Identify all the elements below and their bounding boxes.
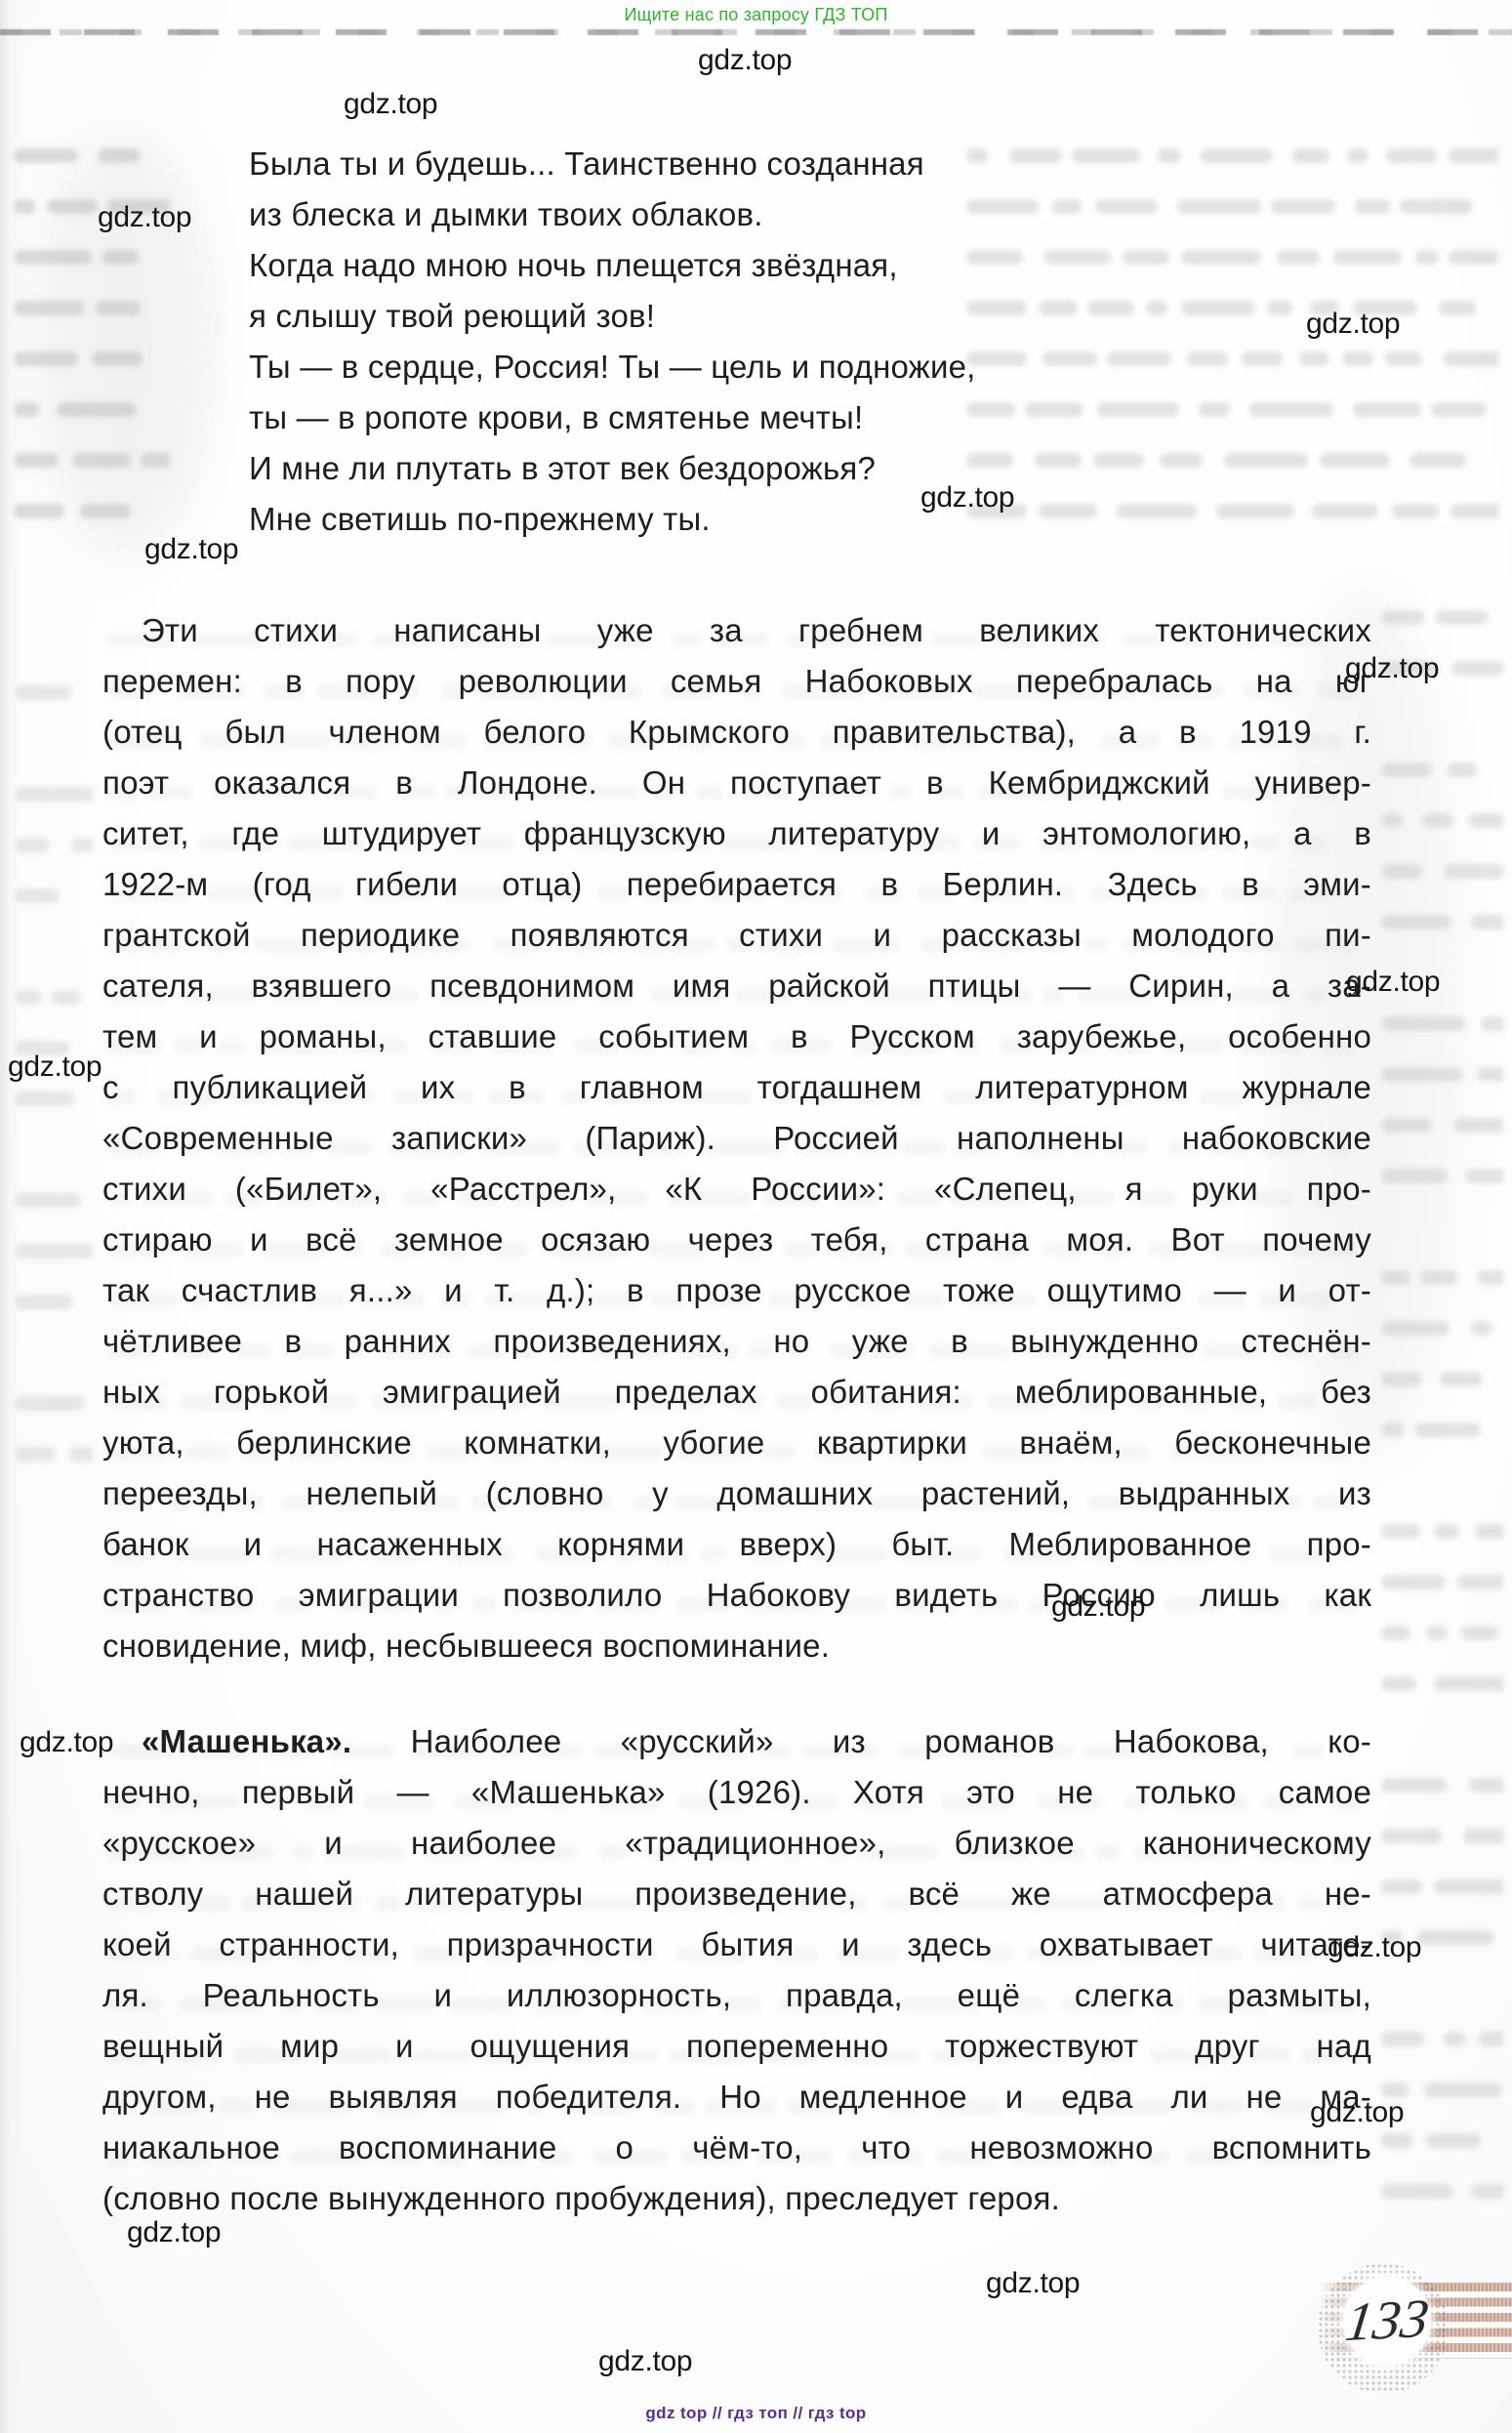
body-line: перемен: в пору революции семья Набоковы…	[102, 656, 1371, 707]
bleed-row	[1381, 1879, 1503, 1896]
body-line: Эти стихи написаны уже за гребнем велики…	[102, 605, 1371, 656]
bleed-row	[15, 685, 93, 702]
poem-line: я слышу твой реющий зов!	[249, 291, 1323, 342]
bleed-row	[1381, 1676, 1503, 1693]
paragraph-mashenka: «Машенька». Наиболее «русский» из романо…	[102, 1716, 1371, 2224]
bleed-row	[1381, 1829, 1503, 1845]
body-line: (словно после вынужденного пробуждения),…	[102, 2173, 1371, 2224]
bleed-row	[1381, 661, 1503, 678]
bleed-row	[1381, 1270, 1503, 1287]
bleed-row	[1381, 1575, 1503, 1591]
bleed-row	[15, 888, 93, 905]
body-line: переезды, нелепый (словно у домашних рас…	[102, 1468, 1371, 1519]
body-line: так счастлив я...» и т. д.); в прозе рус…	[102, 1265, 1371, 1316]
bleed-row	[14, 148, 170, 165]
poem-line: И мне ли плутать в этот век бездорожья?	[249, 443, 1323, 494]
body-line: грантской периодике появляются стихи и р…	[102, 910, 1371, 961]
bleed-row	[14, 402, 170, 419]
bleed-row	[1381, 1778, 1503, 1794]
bleed-row	[14, 504, 170, 520]
bleed-row	[15, 1041, 93, 1057]
bleed-row	[1381, 763, 1503, 779]
body-line: странство эмиграции позволило Набокову в…	[102, 1570, 1371, 1621]
bleed-row	[1381, 1169, 1503, 1185]
body-line: стволу нашей литературы произведение, вс…	[102, 1869, 1371, 1919]
bleed-row	[15, 787, 93, 804]
body-line: нечно, первый — «Машенька» (1926). Хотя …	[102, 1767, 1371, 1818]
footer-promo: gdz top // гдз топ // гдз top	[0, 2404, 1512, 2423]
bleed-row	[15, 1396, 93, 1413]
body-line: чётливее в ранних произведениях, но уже …	[102, 1316, 1371, 1367]
bleed-row	[1381, 1524, 1503, 1541]
bleed-row	[1381, 813, 1503, 830]
poem-line: Мне светишь по-прежнему ты.	[249, 494, 1323, 545]
bleed-row	[1381, 1372, 1503, 1388]
bleed-row	[1381, 1626, 1503, 1642]
bleed-row	[15, 990, 93, 1007]
bleed-row	[15, 1092, 93, 1108]
bleed-row	[14, 250, 170, 267]
body-line: «русское» и наиболее «традиционное», бли…	[102, 1818, 1371, 1869]
bleed-row	[1381, 1118, 1503, 1134]
poem-line: Была ты и будешь... Таинственно созданна…	[249, 139, 1323, 189]
bleed-row	[1381, 2184, 1503, 2201]
bleed-row	[1381, 2032, 1503, 2048]
bleed-row	[14, 453, 170, 470]
bleed-row	[1381, 2133, 1503, 2150]
body-line: «Машенька». Наиболее «русский» из романо…	[102, 1716, 1371, 1767]
page-number: 133	[1342, 2288, 1433, 2354]
bleed-row	[1381, 1067, 1503, 1084]
bleed-row	[14, 301, 170, 317]
body-line: поэт оказался в Лондоне. Он поступает в …	[102, 758, 1371, 808]
body-line: вещный мир и ощущения попеременно торжес…	[102, 2021, 1371, 2072]
page-number-badge: 133	[1343, 2277, 1431, 2365]
bleed-row	[15, 838, 93, 854]
body-line: ситет, где штудирует французскую литерат…	[102, 808, 1371, 859]
body-line: сновидение, миф, несбывшееся воспоминани…	[102, 1621, 1371, 1671]
bleed-row	[1381, 1930, 1503, 1947]
bleed-row	[14, 351, 170, 368]
body-line: (отец был членом белого Крымского правит…	[102, 707, 1371, 758]
promo-header: Ищите нас по запросу ГДЗ ТОП	[0, 5, 1512, 25]
paragraph-biography: Эти стихи написаны уже за гребнем велики…	[102, 605, 1371, 1671]
footer-promo-text: gdz top // гдз топ // гдз top	[645, 2404, 866, 2422]
bleed-row	[1381, 915, 1503, 931]
body-line: коей странности, призрачности бытия и зд…	[102, 1919, 1371, 1970]
poem-excerpt: Была ты и будешь... Таинственно созданна…	[249, 139, 1323, 545]
paragraph-lead: «Машенька».	[142, 1723, 351, 1759]
bleed-row	[15, 1295, 93, 1311]
body-line: другом, не выявляя победителя. Но медлен…	[102, 2072, 1371, 2123]
poem-line: из блеска и дымки твоих облаков.	[249, 189, 1323, 240]
poem-line: ты — в ропоте крови, в смятенье мечты!	[249, 392, 1323, 443]
body-line: банок и насаженных корнями вверх) быт. М…	[102, 1519, 1371, 1570]
poem-line: Ты — в сердце, Россия! Ты — цель и подно…	[249, 342, 1323, 392]
bleed-row	[14, 199, 170, 216]
body-line: тем и романы, ставшие событием в Русском…	[102, 1011, 1371, 1062]
bleed-row	[1381, 1423, 1503, 1439]
bleed-row	[15, 1447, 93, 1464]
bleed-row	[1381, 864, 1503, 881]
bleed-row	[15, 1244, 93, 1260]
body-line: ля. Реальность и иллюзорность, правда, е…	[102, 1970, 1371, 2021]
bleed-row	[1381, 1016, 1503, 1033]
body-line: ниакальное воспоминание о чём-то, что не…	[102, 2123, 1371, 2173]
body-line: «Современные записки» (Париж). Россией н…	[102, 1113, 1371, 1164]
body-line: сателя, взявшего псевдонимом имя райской…	[102, 961, 1371, 1011]
body-line: стираю и всё земное осязаю через тебя, с…	[102, 1215, 1371, 1265]
body-line: ных горькой эмиграцией пределах обитания…	[102, 1367, 1371, 1418]
body-line: 1922-м (год гибели отца) перебирается в …	[102, 859, 1371, 910]
poem-line: Когда надо мною ночь плещется звёздная,	[249, 240, 1323, 291]
body-line: с публикацией их в главном тогдашнем лит…	[102, 1062, 1371, 1113]
body-line: стихи («Билет», «Расстрел», «К России»: …	[102, 1164, 1371, 1215]
bleed-row	[15, 1193, 93, 1210]
body-line: уюта, берлинские комнатки, убогие кварти…	[102, 1418, 1371, 1468]
bleed-row	[1381, 610, 1503, 627]
promo-header-text: Ищите нас по запросу ГДЗ ТОП	[625, 5, 888, 24]
bleed-row	[1381, 1321, 1503, 1338]
bleed-row	[1381, 2082, 1503, 2099]
scanned-book-page: { "promo_header": { "text": "Ищите нас п…	[0, 0, 1512, 2433]
